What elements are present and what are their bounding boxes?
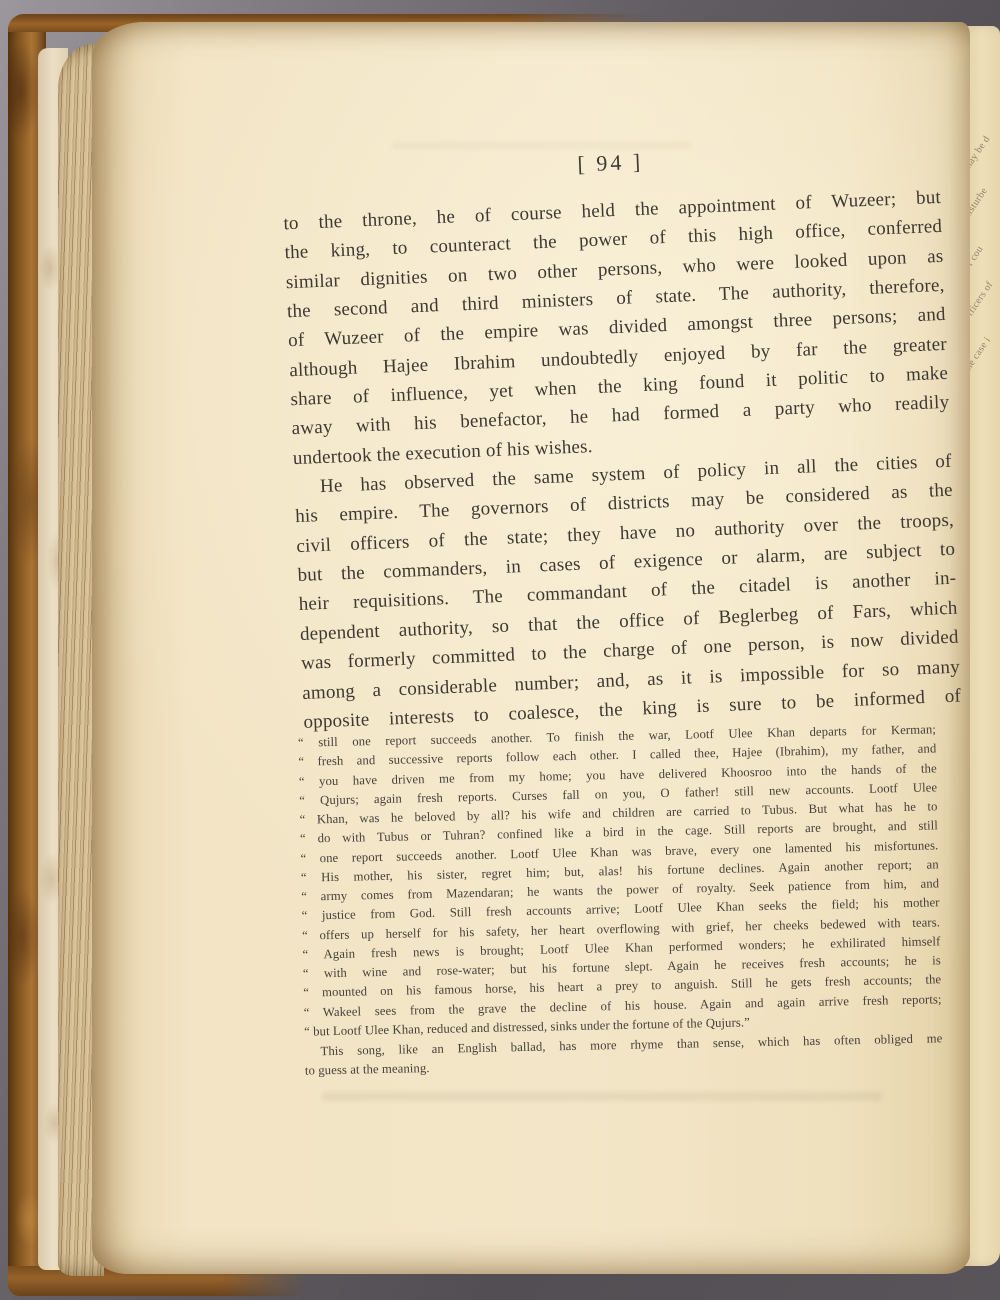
book-page: [ 94 ] to the throne, he of course held … bbox=[92, 22, 970, 1274]
footnote-block: “ still one report succeeds another. To … bbox=[298, 720, 943, 1081]
footnote-song: “ still one report succeeds another. To … bbox=[298, 720, 942, 1041]
ink-bleed-through bbox=[322, 1092, 882, 1101]
main-text-block: [ 94 ] to the throne, he of course held … bbox=[281, 137, 962, 737]
body-paragraphs: to the throne, he of course held the app… bbox=[283, 183, 962, 737]
book-photograph: may be ddisturbeof couofficers ofthe cas… bbox=[0, 0, 1000, 1300]
